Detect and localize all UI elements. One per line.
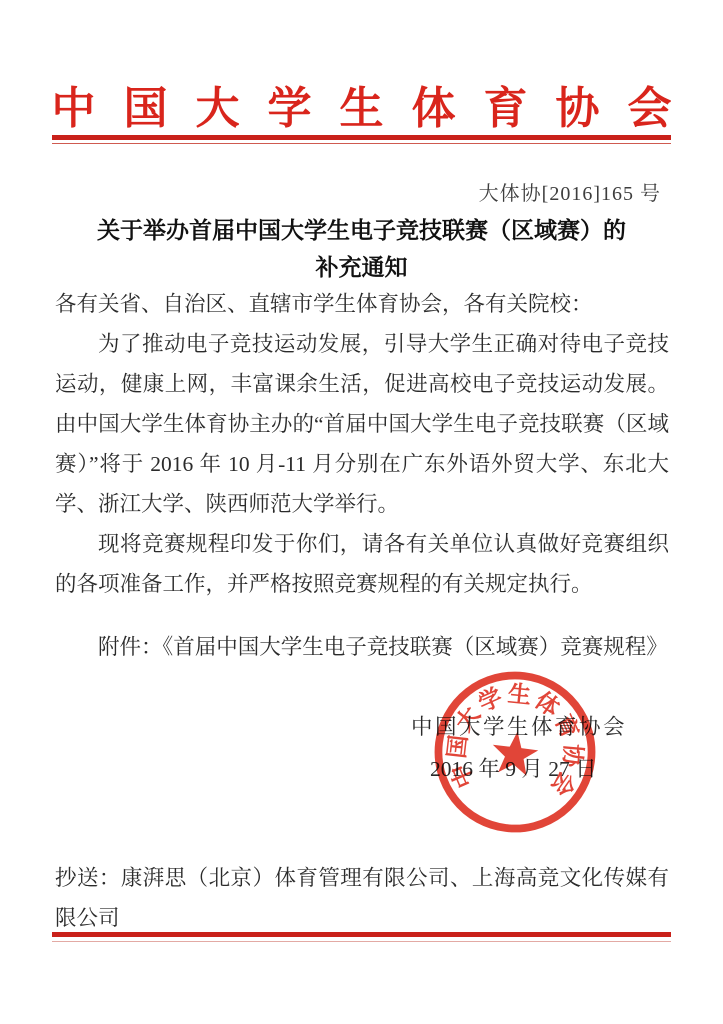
document-title: 关于举办首届中国大学生电子竞技联赛（区域赛）的 补充通知 xyxy=(0,212,723,286)
footer-rule-thick xyxy=(52,932,671,937)
seal-star-icon xyxy=(490,729,541,777)
document-number: 大体协[2016]165 号 xyxy=(479,177,661,206)
document-title-line2: 补充通知 xyxy=(0,249,723,286)
document-title-line1: 关于举办首届中国大学生电子竞技联赛（区域赛）的 xyxy=(0,212,723,249)
document-body: 各有关省、自治区、直辖市学生体育协会，各有关院校： 为了推动电子竞技运动发展，引… xyxy=(55,284,669,604)
letterhead-org-name: 中国大学生体育协会 xyxy=(0,72,723,136)
body-paragraph-1: 为了推动电子竞技运动发展，引导大学生正确对待电子竞技运动，健康上网，丰富课余生活… xyxy=(55,324,669,524)
letterhead-rule-thin xyxy=(52,143,671,144)
official-seal: 中国大学生体育协会 xyxy=(419,656,611,848)
attachment-line: 附件：《首届中国大学生电子竞技联赛（区域赛）竞赛规程》 xyxy=(55,630,669,661)
body-paragraph-2: 现将竞赛规程印发于你们，请各有关单位认真做好竞赛组织的各项准备工作，并严格按照竞… xyxy=(55,524,669,604)
cc-line: 抄送：康湃思（北京）体育管理有限公司、上海高竞文化传媒有限公司 xyxy=(55,858,669,938)
document-page: 中国大学生体育协会 大体协[2016]165 号 关于举办首届中国大学生电子竞技… xyxy=(0,0,723,1024)
letterhead-rule-thick xyxy=(52,135,671,140)
footer-rule-thin xyxy=(52,941,671,942)
salutation: 各有关省、自治区、直辖市学生体育协会，各有关院校： xyxy=(55,284,669,324)
